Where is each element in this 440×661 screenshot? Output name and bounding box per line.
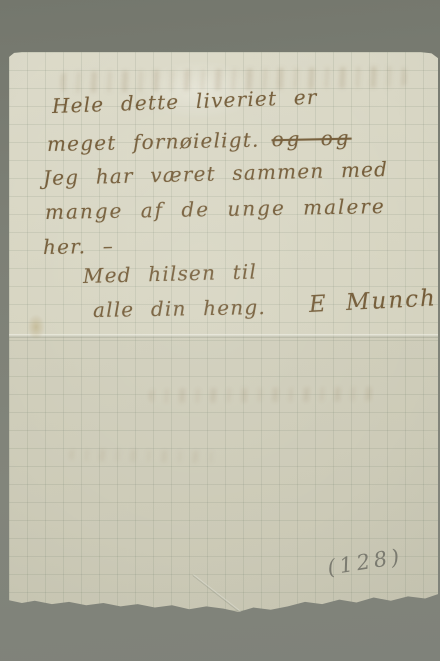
handwritten-line-5: her. – xyxy=(43,234,114,259)
signature-e-munch: E Munch xyxy=(308,285,437,318)
handwritten-line-2: meget fornøieligt.og og xyxy=(47,126,352,156)
handwritten-line-3: Jeg har været sammen med xyxy=(43,157,389,190)
crossed-out-words: og og xyxy=(271,126,352,152)
red-speck xyxy=(267,614,270,617)
handwritten-closing-line: Med hilsen til xyxy=(83,259,258,288)
handwritten-line-2-text: meget fornøieligt. xyxy=(47,128,260,156)
letter-paper: Hele dette liveriet er meget fornøieligt… xyxy=(9,52,438,612)
paper-stain xyxy=(27,314,45,340)
photograph-background: Hele dette liveriet er meget fornøieligt… xyxy=(0,0,440,661)
handwritten-line-4: mange af de unge malere xyxy=(45,194,386,224)
ink-bleedthrough-middle xyxy=(149,387,374,403)
handwritten-valediction: alle din heng. xyxy=(93,295,266,322)
